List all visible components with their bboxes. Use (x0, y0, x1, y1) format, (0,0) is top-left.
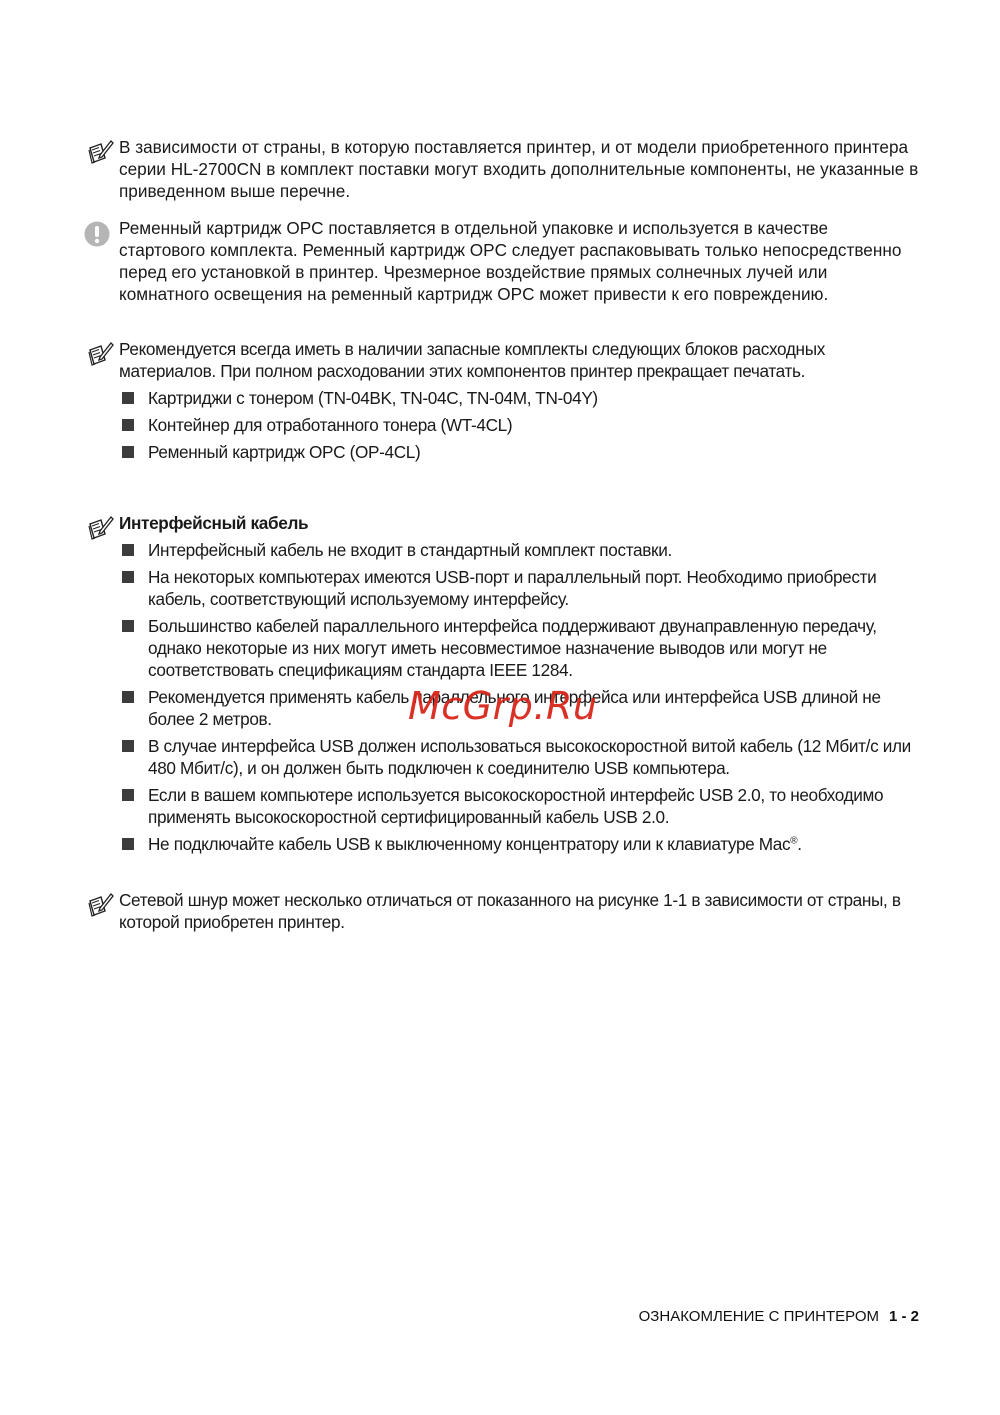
list-item: На некоторых компьютерах имеются USB-пор… (119, 566, 919, 610)
list-item: В случае интерфейса USB должен использов… (119, 735, 919, 779)
bullet-square-icon (122, 691, 134, 703)
note-text: В зависимости от страны, в которую поста… (119, 136, 919, 202)
page-number: 1 - 2 (889, 1308, 919, 1325)
caution-opc-belt: Ременный картридж OPC поставляется в отд… (119, 217, 919, 305)
list-item: Большинство кабелей параллельного интерф… (119, 615, 919, 681)
list-item: Ременный картридж OPC (OP-4CL) (119, 441, 919, 463)
list-item: Интерфейсный кабель не входит в стандарт… (119, 539, 919, 561)
bullet-square-icon (122, 446, 134, 458)
footer-section-title: ОЗНАКОМЛЕНИЕ С ПРИНТЕРОМ (639, 1308, 879, 1325)
note-model-components: В зависимости от страны, в которую поста… (119, 136, 919, 202)
caution-text: Ременный картридж OPC поставляется в отд… (119, 217, 919, 305)
list-item: Не подключайте кабель USB к выключенному… (119, 833, 919, 855)
note-pencil-icon (86, 138, 114, 166)
caution-exclamation-icon (83, 220, 111, 248)
note-text: Сетевой шнур может несколько отличаться … (119, 889, 919, 933)
list-item: Если в вашем компьютере используется выс… (119, 784, 919, 828)
page-footer: ОЗНАКОМЛЕНИЕ С ПРИНТЕРОМ1 - 2 (639, 1308, 919, 1325)
note-text: Рекомендуется всегда иметь в наличии зап… (119, 338, 919, 382)
bullet-square-icon (122, 740, 134, 752)
bullet-square-icon (122, 838, 134, 850)
bullet-square-icon (122, 419, 134, 431)
note-spare-consumables: Рекомендуется всегда иметь в наличии зап… (119, 338, 919, 468)
list-item: Картриджи с тонером (TN-04BK, TN-04C, TN… (119, 387, 919, 409)
section-heading: Интерфейсный кабель (119, 512, 919, 534)
bullet-square-icon (122, 392, 134, 404)
note-pencil-icon (86, 340, 114, 368)
bullet-square-icon (122, 620, 134, 632)
note-pencil-icon (86, 891, 114, 919)
watermark: McGrp.Ru (408, 684, 597, 728)
bullet-square-icon (122, 571, 134, 583)
bullet-square-icon (122, 544, 134, 556)
consumables-list: Картриджи с тонером (TN-04BK, TN-04C, TN… (119, 387, 919, 463)
note-pencil-icon (86, 514, 114, 542)
list-item: Контейнер для отработанного тонера (WT-4… (119, 414, 919, 436)
note-power-cord: Сетевой шнур может несколько отличаться … (119, 889, 919, 933)
bullet-square-icon (122, 789, 134, 801)
